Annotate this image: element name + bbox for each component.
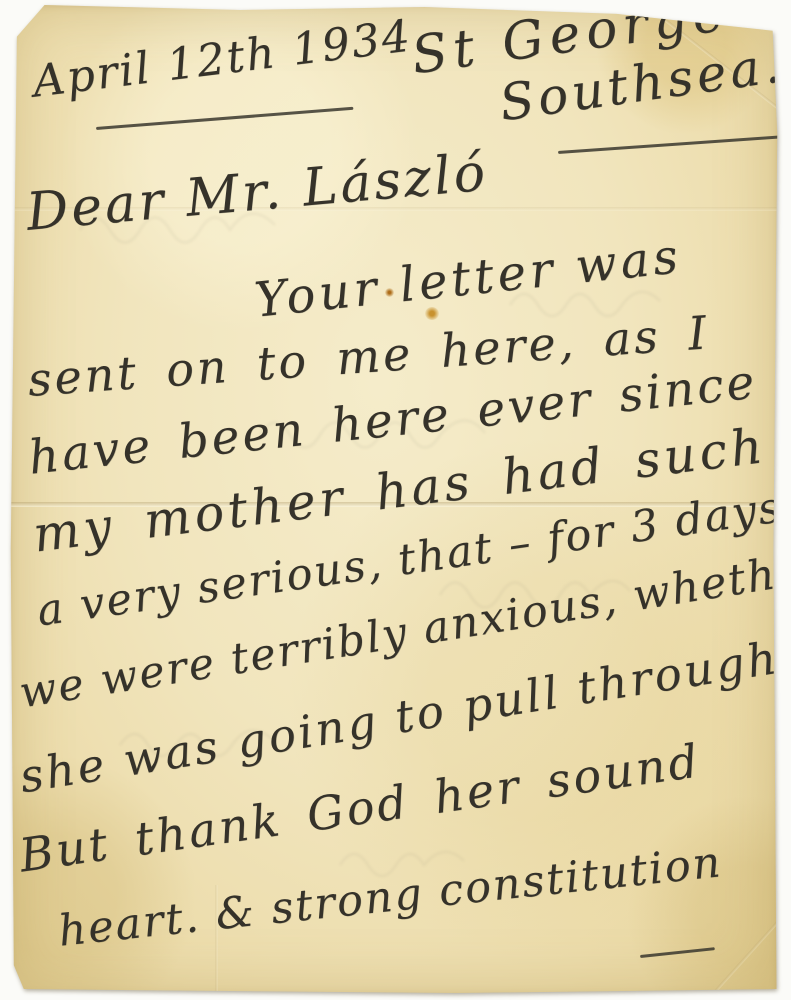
constitution-flourish-stroke [640,947,715,958]
date-line: April 12th 1934. [30,9,430,108]
scanned-letter-image: St George Southsea. April 12th 1934. Dea… [0,0,791,1000]
paper-shadow-wrap: St George Southsea. April 12th 1934. Dea… [0,0,791,1000]
date-underline-stroke [96,107,353,130]
salutation-line: Dear Mr. László [24,143,490,243]
southsea-flourish-stroke [558,135,783,154]
letter-page: St George Southsea. April 12th 1934. Dea… [10,5,778,995]
